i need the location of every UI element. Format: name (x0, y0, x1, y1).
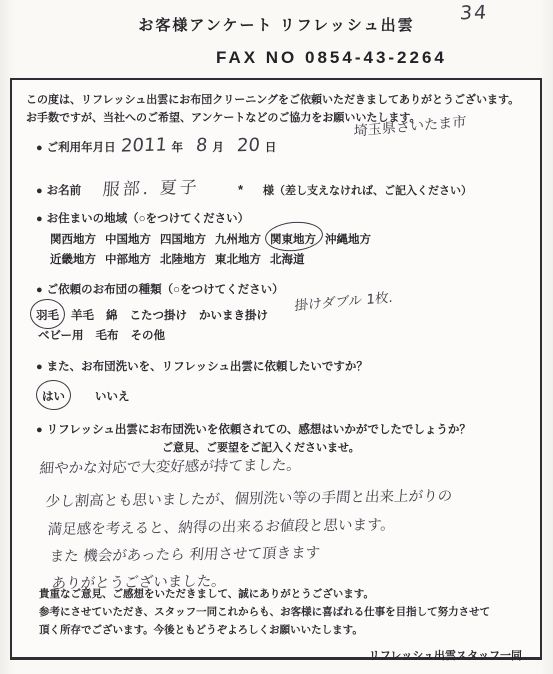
feedback-question-label: リフレッシュ出雲にお布団洗いを依頼されての、感想はいかがでしたでしょうか？ (47, 421, 471, 437)
handwritten-feedback: 細やかな対応で大変好感が持てました。 少し割高とも思いましたが、個別洗い等の手間… (30, 454, 500, 590)
asterisk-mark: * (238, 182, 243, 197)
region-option-tohoku: 東北地方 (215, 251, 261, 267)
futon-option-baby: ベビー用 (38, 327, 84, 343)
futon-option-cotton: 綿 (106, 307, 118, 323)
futon-option-kaimaki: かいまき掛け (199, 307, 268, 323)
futon-question-row: ● ご依頼のお布団の種類（○をつけてください） (36, 281, 284, 297)
bullet-icon: ● (36, 424, 43, 436)
region-option-shikoku: 四国地方 (160, 231, 206, 247)
bullet-icon: ● (36, 284, 43, 296)
repeat-question-row: ● また、お布団洗いを、リフレッシュ出雲に依頼したいですか？ (36, 358, 368, 374)
handwritten-month: 8 (195, 135, 208, 156)
futon-options-row-2: ベビー用 毛布 その他 (38, 327, 165, 343)
scanned-survey-page: 34 お客様アンケート リフレッシュ出雲 FAX NO 0854-43-2264… (0, 0, 553, 674)
intro-line-1: この度は、リフレッシュ出雲にお布団クリーニングをご依頼いただきましてありがとうご… (26, 91, 528, 109)
feedback-question-row: ● リフレッシュ出雲にお布団洗いを依頼されての、感想はいかがでしたでしょうか？ (36, 421, 471, 437)
region-option-chugoku: 中国地方 (105, 231, 151, 247)
handwritten-feedback-line-2: 少し割高とも思いましたが、個別洗い等の手間と出来上がりの (45, 484, 502, 511)
footer-line-3: 頂く所存でございます。今後ともどうぞよろしくお願いいたします。 (39, 621, 527, 639)
region-option-kanto-circled: 関東地方 (270, 231, 316, 247)
name-question-row: ● お名前 服部. 夏子 * 様（差し支えなければ、ご記入ください） (36, 174, 472, 199)
form-title: お客様アンケート リフレッシュ出雲 (0, 14, 553, 35)
footer-line-2: 参考にさせていただき、スタッフ一同これからも、お客様に喜ばれる仕事を目指して努力… (39, 603, 527, 621)
region-option-chubu: 中部地方 (105, 251, 151, 267)
handwritten-feedback-line-3: 満足感を考えると、納得の出来るお値段と思います。 (47, 512, 502, 539)
futon-option-other: その他 (131, 327, 166, 343)
repeat-options-row: はい いいえ (42, 388, 130, 404)
repeat-option-no: いいえ (95, 388, 130, 404)
handwritten-name: 服部. 夏子 (102, 173, 201, 201)
region-option-okinawa: 沖縄地方 (325, 231, 371, 247)
bullet-icon: ● (36, 213, 43, 225)
name-question-label: お名前 (47, 182, 82, 198)
repeat-question-label: また、お布団洗いを、リフレッシュ出雲に依頼したいですか？ (47, 358, 368, 374)
futon-option-wool: 羊毛 (71, 307, 94, 323)
region-options-row-1: 関西地方 中国地方 四国地方 九州地方 関東地方 沖縄地方 (50, 231, 371, 247)
region-options-row-2: 近畿地方 中部地方 北陸地方 東北地方 北海道 (50, 251, 305, 267)
region-option-kyushu: 九州地方 (215, 231, 261, 247)
day-unit-label: 日 (265, 139, 277, 155)
futon-question-label: ご依頼のお布団の種類（○をつけてください） (47, 281, 284, 297)
date-question-row: ● ご利用年月日 2011 年 8 月 20 日 (36, 135, 284, 156)
repeat-option-yes-circled: はい (42, 388, 65, 404)
region-option-hokkaido: 北海道 (270, 251, 305, 267)
year-unit-label: 年 (171, 139, 183, 155)
footer-line-1: 貴重なご意見、ご感想をいただきまして、誠にありがとうございます。 (39, 585, 527, 603)
region-option-kinki: 近畿地方 (50, 251, 96, 267)
date-question-label: ご利用年月日 (47, 139, 116, 155)
futon-option-down-circled: 羽毛 (36, 307, 59, 323)
handwritten-feedback-line-4: また 機会があったら 利用させて頂きます (49, 539, 502, 566)
staff-signature: リフレッシュ出雲スタッフ一同 (12, 647, 522, 663)
handwritten-futon-note: 掛けダブル 1枚. (294, 286, 394, 314)
name-suffix-label: 様（差し支えなければ、ご記入ください） (263, 182, 472, 198)
region-option-hokuriku: 北陸地方 (160, 251, 206, 267)
bullet-icon: ● (36, 361, 43, 373)
futon-option-blanket: 毛布 (96, 327, 119, 343)
futon-options-row-1: 羽毛 羊毛 綿 こたつ掛け かいまき掛け (36, 307, 268, 323)
handwritten-year: 2011 (120, 134, 168, 156)
handwritten-feedback-line-1: 細やかな対応で大変好感が持てました。 (39, 451, 502, 478)
footer-text: 貴重なご意見、ご感想をいただきまして、誠にありがとうございます。 参考にさせてい… (39, 585, 527, 639)
form-border-box: この度は、リフレッシュ出雲にお布団クリーニングをご依頼いただきましてありがとうご… (10, 78, 542, 660)
handwritten-day: 20 (236, 135, 261, 157)
region-option-kansai: 関西地方 (50, 231, 96, 247)
bullet-icon: ● (36, 142, 43, 154)
bullet-icon: ● (36, 185, 43, 197)
month-unit-label: 月 (212, 139, 224, 155)
region-question-label: お住まいの地域（○をつけてください） (47, 210, 249, 226)
futon-option-kotatsu: こたつ掛け (130, 307, 188, 323)
region-question-row: ● お住まいの地域（○をつけてください） (36, 210, 249, 226)
fax-number: FAX NO 0854-43-2264 (216, 48, 447, 68)
